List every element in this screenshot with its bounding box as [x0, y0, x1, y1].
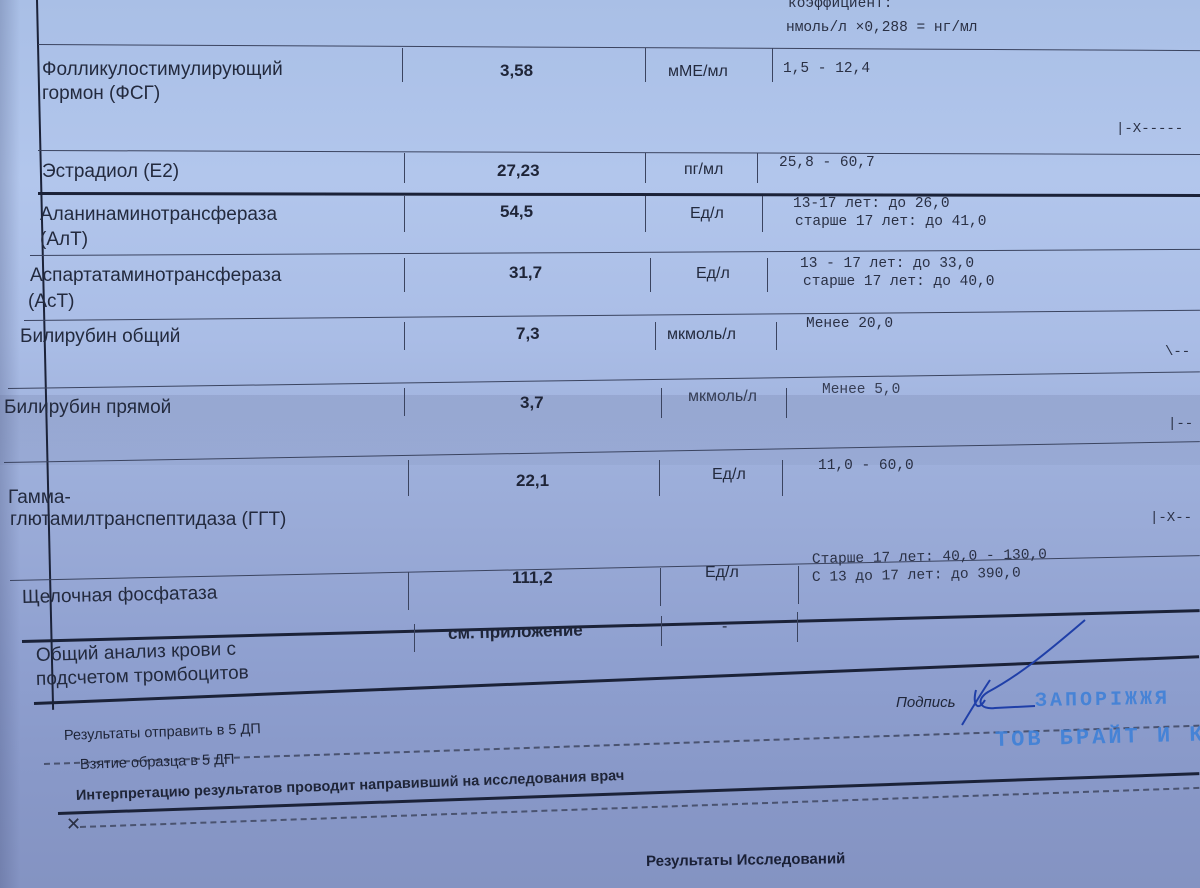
col-divider [772, 48, 773, 82]
conversion-note-formula: нмоль/л ×0,288 = нг/мл [786, 20, 977, 37]
col-divider [404, 196, 405, 232]
signature-scribble [880, 600, 1100, 730]
test-name-estradiol: Эстрадиол (Е2) [42, 160, 179, 183]
test-name-alt: Аланинаминотрансфераза [40, 203, 277, 226]
row-divider [4, 441, 1200, 463]
test-name-ast: Аспартатаминотрансфераза [30, 264, 281, 287]
test-ref-ast-1: 13 - 17 лет: до 33,0 [800, 256, 974, 273]
paper-edge-shadow [0, 0, 20, 888]
col-divider [798, 566, 799, 604]
test-name-fsh: Фолликулостимулирующий [42, 58, 283, 81]
test-value-estradiol: 27,23 [497, 161, 540, 181]
test-unit-ggt: Ед/л [712, 466, 746, 484]
test-unit-ast: Ед/л [696, 265, 730, 283]
test-name-ggt: Гамма- [8, 486, 71, 509]
col-divider [655, 322, 656, 350]
test-ref-estradiol: 25,8 - 60,7 [779, 155, 875, 172]
col-divider [404, 258, 405, 292]
col-divider [776, 322, 777, 350]
col-divider [408, 460, 409, 496]
test-ref-ast-2: старше 17 лет: до 40,0 [803, 274, 994, 291]
test-value-bilirubin-direct: 3,7 [520, 393, 544, 413]
col-divider [404, 388, 405, 416]
test-value-alt: 54,5 [500, 202, 533, 222]
test-value-ast: 31,7 [509, 263, 542, 283]
next-page-title: Результаты Исследований [646, 850, 846, 870]
test-unit-fsh: мМЕ/мл [668, 63, 728, 81]
test-unit-estradiol: пг/мл [684, 161, 723, 179]
row-divider-thick [38, 192, 1200, 197]
test-unit-alt: Ед/л [690, 205, 724, 223]
send-results-note: Результаты отправить в 5 ДП [64, 721, 261, 744]
test-ref-alt-2: старше 17 лет: до 41,0 [795, 214, 986, 231]
col-divider [757, 153, 758, 183]
test-value-cbc: см. приложение [448, 620, 583, 644]
range-marker-bilirubin-total: \-- [1165, 344, 1190, 360]
col-divider [797, 612, 798, 642]
test-value-ggt: 22,1 [516, 471, 549, 491]
col-divider [404, 153, 405, 183]
test-name-ast-line2: (АсТ) [28, 290, 74, 313]
test-unit-cbc: - [722, 618, 727, 636]
col-divider [660, 568, 661, 606]
test-name-alt-line2: (АлТ) [40, 228, 88, 251]
test-ref-bilirubin-direct: Менее 5,0 [822, 382, 900, 399]
test-name-bilirubin-direct: Билирубин прямой [4, 396, 171, 419]
test-ref-ggt: 11,0 - 60,0 [818, 458, 914, 475]
test-name-fsh-line2: гормон (ФСГ) [42, 82, 160, 105]
row-divider [24, 310, 1200, 321]
scissors-cut-icon: ✕ [66, 814, 81, 835]
col-divider [414, 624, 415, 652]
test-unit-alp: Ед/л [705, 564, 739, 582]
test-ref-alp-2: С 13 до 17 лет: до 390,0 [812, 566, 1021, 587]
test-ref-bilirubin-total: Менее 20,0 [806, 316, 893, 333]
col-divider [645, 153, 646, 183]
col-divider [645, 196, 646, 232]
range-marker-bilirubin-direct: |-- [1168, 416, 1193, 432]
col-divider [762, 196, 763, 232]
col-divider [650, 258, 651, 292]
conversion-note-label: коэффициент: [788, 0, 892, 13]
range-marker-ggt: |-X-- [1150, 510, 1192, 526]
col-divider [782, 460, 783, 496]
col-divider [404, 322, 405, 350]
test-unit-bilirubin-total: мкмоль/л [667, 326, 736, 344]
test-value-alp: 111,2 [512, 568, 553, 588]
col-divider [767, 258, 768, 292]
col-divider [786, 388, 787, 418]
test-name-ggt-line2: глютамилтранспептидаза (ГГТ) [10, 508, 286, 531]
test-name-alp: Щелочная фосфатаза [22, 582, 218, 609]
test-value-fsh: 3,58 [500, 61, 533, 81]
col-divider [645, 48, 646, 82]
row-divider [38, 44, 1200, 51]
paper-fold-shadow [0, 395, 1200, 465]
test-ref-fsh: 1,5 - 12,4 [783, 61, 870, 78]
col-divider [661, 616, 662, 646]
interpretation-note: Интерпретацию результатов проводит напра… [76, 768, 625, 804]
sample-taken-note: Взятие образца в 5 ДП [80, 752, 235, 773]
row-divider [8, 371, 1200, 389]
row-divider [38, 150, 1200, 155]
col-divider [408, 572, 409, 610]
col-divider [661, 388, 662, 418]
col-divider [402, 48, 403, 82]
test-value-bilirubin-total: 7,3 [516, 324, 540, 344]
row-divider [30, 249, 1200, 256]
range-marker-fsh: |-X----- [1116, 121, 1183, 137]
test-ref-alt-1: 13-17 лет: до 26,0 [793, 196, 950, 213]
col-divider [659, 460, 660, 496]
test-name-bilirubin-total: Билирубин общий [20, 325, 180, 348]
test-unit-bilirubin-direct: мкмоль/л [688, 388, 757, 406]
